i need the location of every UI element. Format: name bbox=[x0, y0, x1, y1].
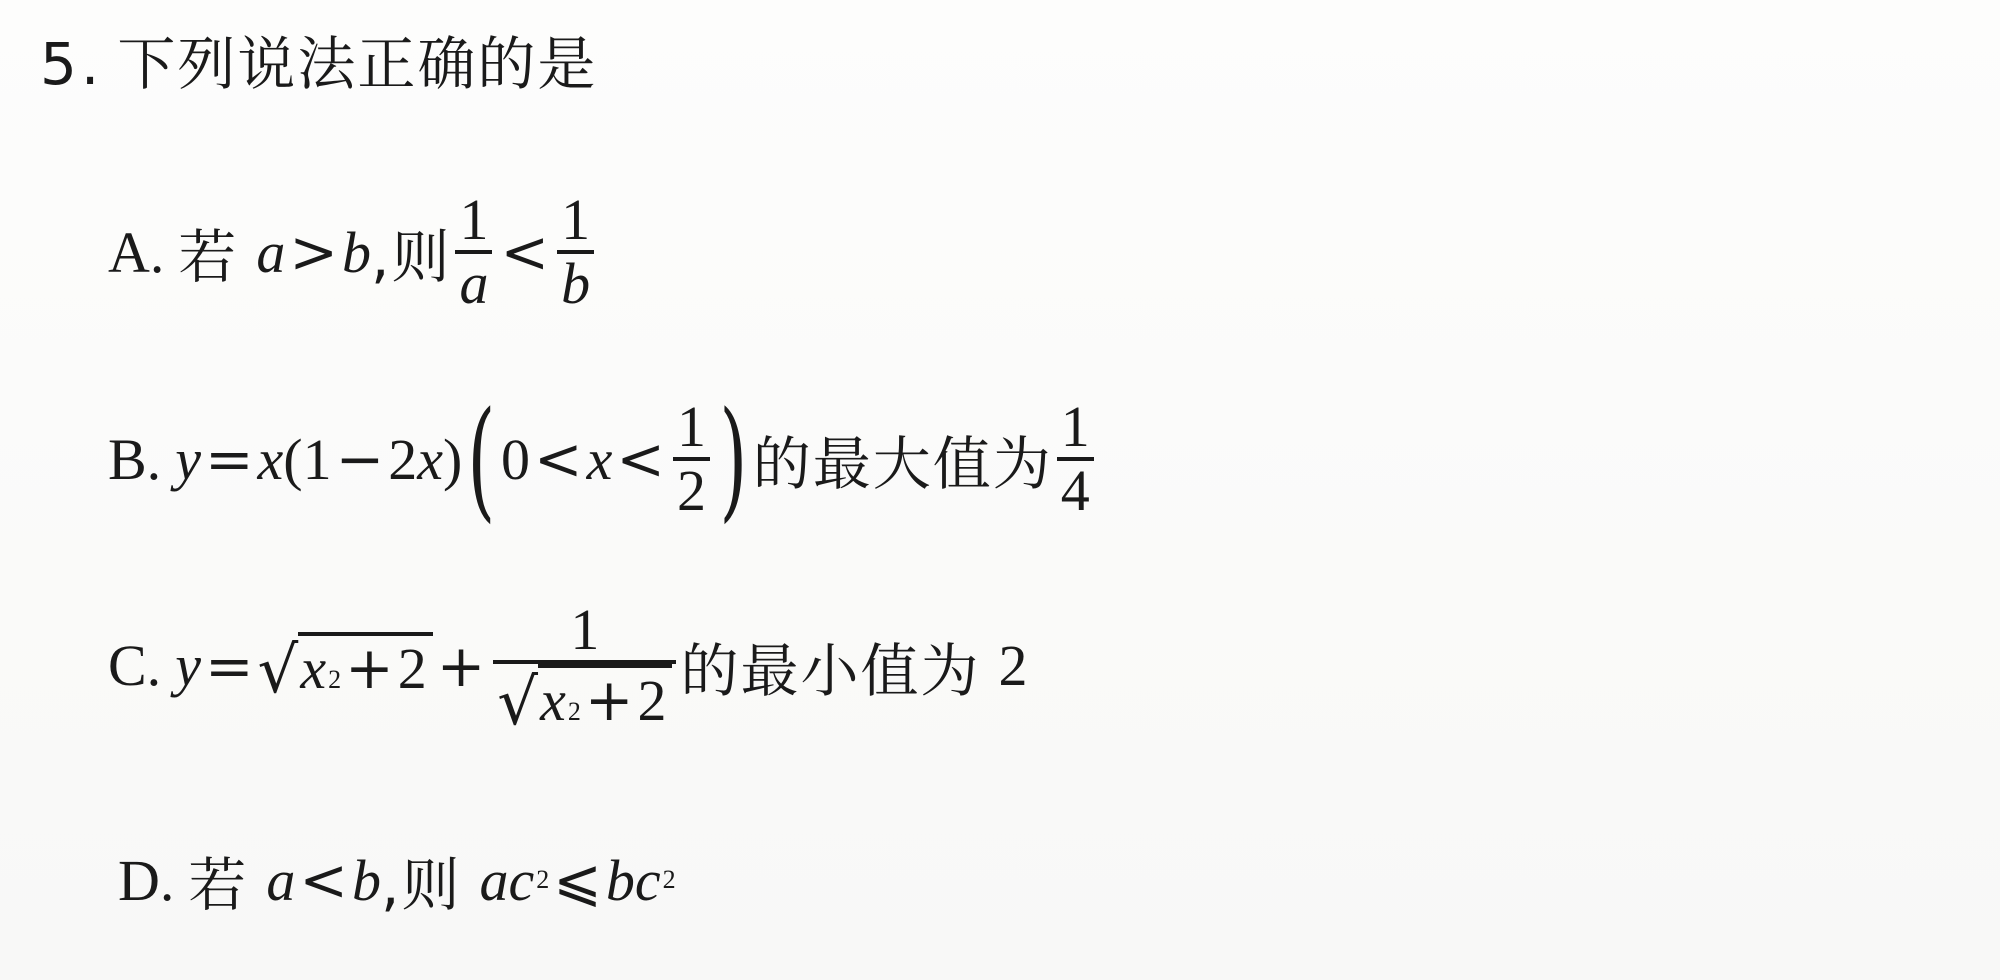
word-ze: ,则 bbox=[371, 210, 451, 294]
option-d[interactable]: D. 若 a < b ,则 a c2 ⩽ b c2 bbox=[118, 838, 676, 922]
radical-sign-icon: √ bbox=[258, 639, 299, 703]
square-root: √ x2 + 2 bbox=[258, 632, 433, 699]
minus: − bbox=[336, 425, 385, 493]
min-value: 2 bbox=[998, 632, 1027, 699]
var-x: x bbox=[587, 426, 613, 493]
equals: = bbox=[205, 425, 254, 493]
question-stem: 5. 下列说法正确的是 bbox=[40, 24, 597, 104]
fraction-one-half: 1 2 bbox=[673, 397, 710, 521]
word-ze: ,则 bbox=[381, 838, 461, 922]
option-a[interactable]: A. 若 a > b ,则 1 a < 1 b bbox=[108, 190, 598, 314]
option-label: A. bbox=[108, 219, 164, 286]
coef-b: b bbox=[606, 847, 635, 914]
var-b: b bbox=[342, 219, 371, 286]
greater-than: > bbox=[289, 218, 338, 286]
var-b: b bbox=[352, 847, 381, 914]
var-x: x bbox=[417, 426, 443, 493]
var-y: y bbox=[175, 632, 201, 699]
zero: 0 bbox=[501, 426, 530, 493]
option-b[interactable]: B. y = x ( 1 − 2 x ) ( 0 < x < 1 2 ) 的最大… bbox=[108, 394, 1098, 524]
option-c[interactable]: C. y = √ x2 + 2 + 1 √ x2 + 2 bbox=[108, 600, 1027, 731]
fraction-1-over-sqrt: 1 √ x2 + 2 bbox=[493, 600, 676, 731]
less-than: < bbox=[534, 425, 583, 493]
var-c: c bbox=[508, 847, 534, 914]
coef-a: a bbox=[479, 847, 508, 914]
plus: + bbox=[437, 632, 486, 700]
var-c: c bbox=[635, 847, 661, 914]
one: 1 bbox=[303, 426, 332, 493]
big-right-paren: ) bbox=[719, 394, 747, 524]
big-left-paren: ( bbox=[468, 394, 496, 524]
equals: = bbox=[205, 632, 254, 700]
less-than: < bbox=[299, 846, 348, 914]
two: 2 bbox=[388, 426, 417, 493]
less-than: < bbox=[616, 425, 665, 493]
right-paren: ) bbox=[443, 426, 462, 493]
question-number: 5. bbox=[40, 24, 103, 104]
fraction-1-over-b: 1 b bbox=[557, 190, 594, 314]
left-paren: ( bbox=[283, 426, 302, 493]
fraction-one-quarter: 1 4 bbox=[1057, 397, 1094, 521]
word-ruo: 若 bbox=[188, 838, 248, 922]
question-page: 5. 下列说法正确的是 A. 若 a > b ,则 1 a < 1 b B. y… bbox=[0, 0, 2000, 980]
fraction-1-over-a: 1 a bbox=[455, 190, 492, 314]
option-label: D. bbox=[118, 847, 174, 914]
less-than-or-equal: ⩽ bbox=[553, 846, 602, 914]
word-ruo: 若 bbox=[178, 210, 238, 294]
var-a: a bbox=[266, 847, 295, 914]
radical-sign-icon: √ bbox=[497, 671, 538, 735]
var-a: a bbox=[256, 219, 285, 286]
var-x: x bbox=[258, 426, 284, 493]
less-than: < bbox=[500, 218, 549, 286]
option-label: B. bbox=[108, 426, 161, 493]
square-root: √ x2 + 2 bbox=[497, 664, 672, 731]
question-text: 下列说法正确的是 bbox=[117, 24, 597, 104]
option-label: C. bbox=[108, 632, 161, 699]
text-max-value: 的最大值为 bbox=[753, 417, 1053, 501]
var-y: y bbox=[175, 426, 201, 493]
text-min-value: 的最小值为 bbox=[680, 624, 980, 708]
